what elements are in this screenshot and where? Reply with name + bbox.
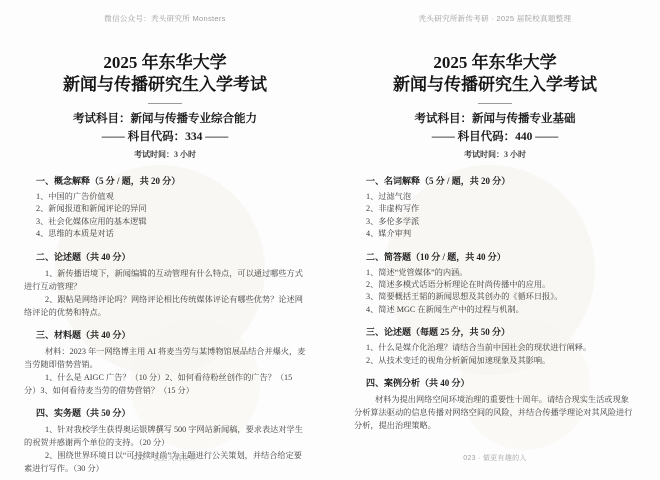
question-item: 材料为提出网络空间环境治理的重要性十周年。请结合现实生活或现象分析算法驱动的信息…	[354, 393, 636, 432]
exam-section: 一、名词解释（5 分 / 题，共 20 分）1、过滤气泡2、非虚构写作3、多伦多…	[354, 175, 636, 241]
question-item: 4、简述 MGC 在新闻生产中的过程与机制。	[354, 304, 636, 316]
exam-subject: 考试科目：新闻与传播专业综合能力	[0, 112, 330, 126]
question-item: 3、多伦多学派	[354, 216, 636, 228]
exam-page-440: 2025 年东华大学 新闻与传播研究生入学考试 考试科目：新闻与传播专业基础 —…	[330, 0, 660, 480]
section-heading: 四、案例分析（共 40 分）	[354, 377, 636, 389]
exam-section: 三、材料题（共 40 分）材料：2023 年一网络博主用 AI 将麦当劳与某博物…	[24, 329, 306, 397]
exam-page-334: 2025 年东华大学 新闻与传播研究生入学考试 考试科目：新闻与传播专业综合能力…	[0, 0, 330, 480]
section-heading: 二、简答题（10 分 / 题，共 40 分）	[354, 251, 636, 263]
question-item: 1、过滤气泡	[354, 191, 636, 203]
exam-section: 二、论述题（共 40 分）1、新传播语境下，新闻编辑的互动管理有什么特点，可以通…	[24, 251, 306, 319]
title-divider	[148, 103, 182, 104]
question-item: 2、新闻报道和新闻评论的异同	[24, 203, 306, 215]
question-item: 4、思维的本质是对话	[24, 228, 306, 240]
document-spread: 微信公众号：秃头研究所 Monsters 秃头研究所新传考研 · 2025 届院…	[0, 0, 660, 480]
exam-title-line2: 新闻与传播研究生入学考试	[330, 74, 660, 96]
exam-title: 2025 年东华大学 新闻与传播研究生入学考试	[330, 52, 660, 96]
subject-code: —— 科目代码：440 ——	[330, 130, 660, 144]
exam-section: 四、实务题（共 50 分）1、针对我校学生获得奥运银牌撰写 500 字网站新闻稿…	[24, 407, 306, 475]
question-item: 1、什么是 AIGC 广告？（10 分）2、如何看待粉丝创作的广告？（15 分）…	[24, 371, 306, 397]
exam-title-line2: 新闻与传播研究生入学考试	[0, 74, 330, 96]
page-footer: 023 · 做更有趣的人	[330, 453, 660, 463]
question-item: 1、简述“党管媒体”的内涵。	[354, 267, 636, 279]
section-heading: 三、材料题（共 40 分）	[24, 329, 306, 341]
subject-code: —— 科目代码：334 ——	[0, 130, 330, 144]
question-item: 2、跟帖是网络评论吗？网络评论相比传统媒体评论有哪些优势？论述网络评论的优势和特…	[24, 293, 306, 319]
question-item: 2、简述多模式话语分析理论在时尚传播中的应用。	[354, 279, 636, 291]
question-item: 4、媒介审判	[354, 228, 636, 240]
exam-title-line1: 2025 年东华大学	[330, 52, 660, 74]
question-item: 1、中国的广告价值观	[24, 191, 306, 203]
section-heading: 四、实务题（共 50 分）	[24, 407, 306, 419]
exam-section: 三、论述题（每题 25 分，共 50 分）1、什么是媒介化治理？请结合当前中国社…	[354, 326, 636, 367]
question-item: 1、新传播语境下，新闻编辑的互动管理有什么特点，可以通过哪些方式进行互动管理？	[24, 267, 306, 293]
section-heading: 一、概念解释（5 分 / 题，共 20 分）	[24, 175, 306, 187]
exam-section: 四、案例分析（共 40 分）材料为提出网络空间环境治理的重要性十周年。请结合现实…	[354, 377, 636, 432]
question-item: 1、针对我校学生获得奥运银牌撰写 500 字网站新闻稿，要求表达对学生的祝贺并感…	[24, 423, 306, 449]
question-sections: 一、名词解释（5 分 / 题，共 20 分）1、过滤气泡2、非虚构写作3、多伦多…	[354, 175, 636, 432]
title-divider	[478, 103, 512, 104]
question-item: 2、非虚构写作	[354, 203, 636, 215]
question-item: 3、社会化媒体应用的基本逻辑	[24, 216, 306, 228]
exam-title-line1: 2025 年东华大学	[0, 52, 330, 74]
section-heading: 二、论述题（共 40 分）	[24, 251, 306, 263]
exam-duration: 考试时间：3 小时	[330, 150, 660, 160]
question-sections: 一、概念解释（5 分 / 题，共 20 分）1、中国的广告价值观2、新闻报道和新…	[24, 175, 306, 475]
section-heading: 三、论述题（每题 25 分，共 50 分）	[354, 326, 636, 338]
exam-duration: 考试时间：3 小时	[0, 150, 330, 160]
page-footer: 022 · 去更大的世界	[0, 453, 330, 463]
question-item: 3、简要概括王韬的新闻思想及其创办的《循环日报》。	[354, 291, 636, 303]
section-heading: 一、名词解释（5 分 / 题，共 20 分）	[354, 175, 636, 187]
question-item: 材料：2023 年一网络博主用 AI 将麦当劳与某博物馆展品结合并爆火，麦当劳随…	[24, 345, 306, 371]
exam-subject: 考试科目：新闻与传播专业基础	[330, 112, 660, 126]
question-item: 2、从技术变迁的视角分析新闻加速现象及其影响。	[354, 355, 636, 367]
question-item: 1、什么是媒介化治理？请结合当前中国社会的现状进行阐释。	[354, 342, 636, 354]
exam-section: 一、概念解释（5 分 / 题，共 20 分）1、中国的广告价值观2、新闻报道和新…	[24, 175, 306, 241]
exam-title: 2025 年东华大学 新闻与传播研究生入学考试	[0, 52, 330, 96]
exam-section: 二、简答题（10 分 / 题，共 40 分）1、简述“党管媒体”的内涵。2、简述…	[354, 251, 636, 317]
